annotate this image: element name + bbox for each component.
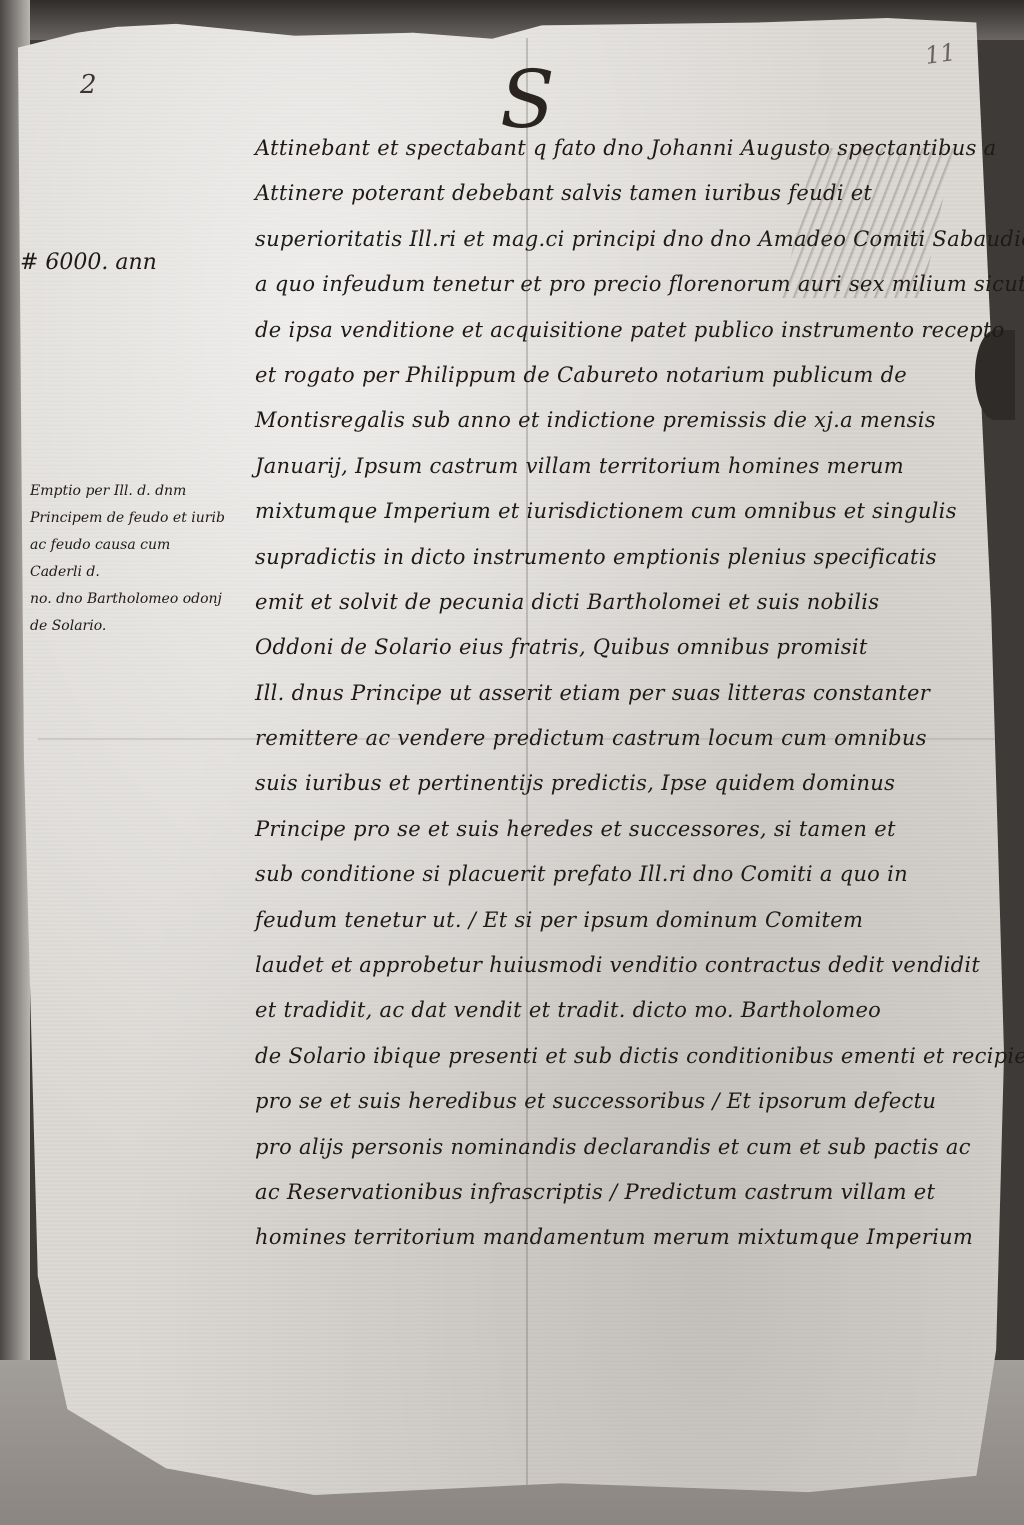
text-line: sub conditione si placuerit prefato Ill.… bbox=[255, 852, 995, 897]
text-line: laudet et approbetur huiusmodi venditio … bbox=[255, 943, 995, 988]
margin-cost-note: # 6000. ann bbox=[20, 250, 157, 275]
text-line: suis iuribus et pertinentijs predictis, … bbox=[255, 761, 995, 806]
text-line: pro alijs personis nominandis declarandi… bbox=[255, 1125, 995, 1170]
text-line: et rogato per Philippum de Cabureto nota… bbox=[255, 353, 995, 398]
text-line: ac Reservationibus infrascriptis / Predi… bbox=[255, 1170, 995, 1215]
text-line: a quo infeudum tenetur et pro precio flo… bbox=[255, 262, 995, 307]
text-line: mixtumque Imperium et iurisdictionem cum… bbox=[255, 489, 995, 534]
text-line: Ill. dnus Principe ut asserit etiam per … bbox=[255, 671, 995, 716]
text-line: supradictis in dicto instrumento emption… bbox=[255, 535, 995, 580]
margin-note-line: no. dno Bartholomeo odonj bbox=[30, 586, 270, 613]
text-line: Attinere poterant debebant salvis tamen … bbox=[255, 171, 995, 216]
text-line: superioritatis Ill.ri et mag.ci principi… bbox=[255, 217, 995, 262]
margin-note-line: ac feudo causa cum bbox=[30, 532, 270, 559]
text-line: Oddoni de Solario eius fratris, Quibus o… bbox=[255, 625, 995, 670]
margin-note-line: Caderli d. bbox=[30, 559, 270, 586]
text-line: Principe pro se et suis heredes et succe… bbox=[255, 807, 995, 852]
text-line: de ipsa venditione et acquisitione patet… bbox=[255, 308, 995, 353]
main-text-body: Attinebant et spectabant q fato dno Joha… bbox=[255, 126, 995, 1261]
margin-note-line: Emptio per Ill. d. dnm bbox=[30, 478, 270, 505]
text-line: emit et solvit de pecunia dicti Bartholo… bbox=[255, 580, 995, 625]
text-line: remittere ac vendere predictum castrum l… bbox=[255, 716, 995, 761]
page-number: 2 bbox=[80, 70, 97, 100]
text-line: feudum tenetur ut. / Et si per ipsum dom… bbox=[255, 898, 995, 943]
margin-purchase-note: Emptio per Ill. d. dnm Principem de feud… bbox=[30, 478, 270, 640]
margin-note-line: de Solario. bbox=[30, 613, 270, 640]
margin-note-line: Principem de feudo et iurib bbox=[30, 505, 270, 532]
folio-mark: 11 bbox=[923, 38, 957, 70]
text-line: Attinebant et spectabant q fato dno Joha… bbox=[255, 126, 995, 171]
text-line: pro se et suis heredibus et successoribu… bbox=[255, 1079, 995, 1124]
text-line: de Solario ibique presenti et sub dictis… bbox=[255, 1034, 995, 1079]
text-line: et tradidit, ac dat vendit et tradit. di… bbox=[255, 988, 995, 1033]
text-line: homines territorium mandamentum merum mi… bbox=[255, 1215, 995, 1260]
text-line: Montisregalis sub anno et indictione pre… bbox=[255, 398, 995, 443]
text-line: Januarij, Ipsum castrum villam territori… bbox=[255, 444, 995, 489]
